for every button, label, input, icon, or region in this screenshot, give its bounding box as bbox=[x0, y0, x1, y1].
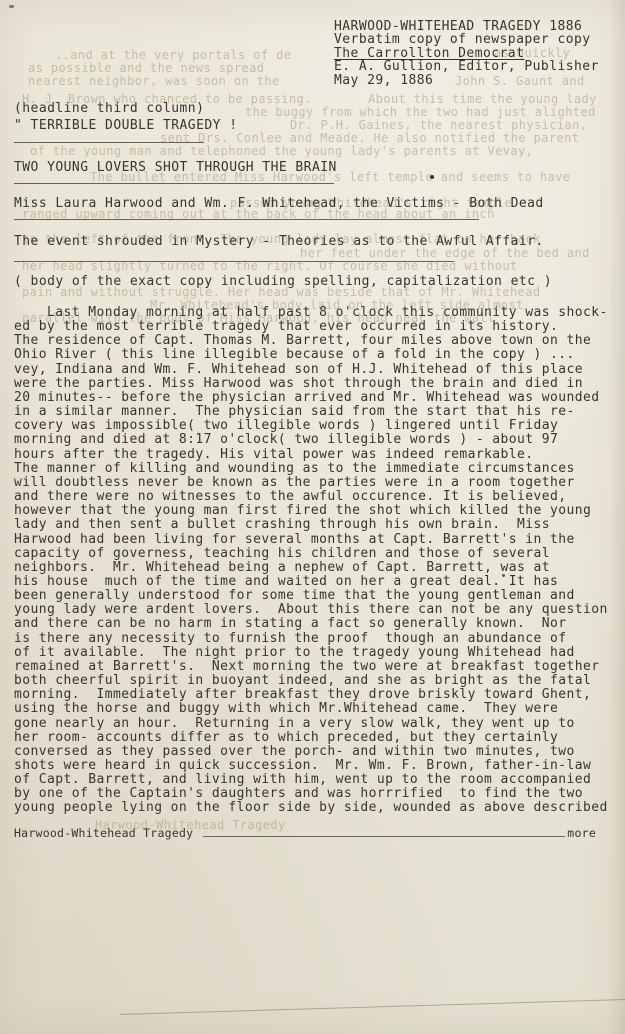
footer-rule bbox=[203, 836, 565, 837]
headline-note: (headline third column) bbox=[14, 101, 204, 116]
underline-rule bbox=[14, 183, 334, 184]
underline-rule bbox=[14, 142, 204, 143]
underline-rule bbox=[14, 261, 454, 262]
header-subtitle: Verbatim copy of newspaper copy bbox=[334, 33, 599, 46]
body-note: ( body of the exact copy including spell… bbox=[14, 274, 552, 289]
date-line: May 29, 1886 bbox=[334, 74, 599, 87]
headline: " TERRIBLE DOUBLE TRAGEDY ! bbox=[14, 118, 237, 133]
ink-dot bbox=[502, 574, 505, 577]
footer-more: more bbox=[567, 826, 596, 840]
footer-label: Harwood-Whitehead Tragedy bbox=[14, 826, 193, 840]
ink-speck bbox=[9, 5, 14, 8]
ink-dot bbox=[430, 175, 434, 179]
subhead-1: TWO YOUNG LOVERS SHOT THROUGH THE BRAIN bbox=[14, 160, 337, 175]
paper-edge-shade bbox=[609, 0, 625, 1034]
editor-line: E. A. Gullion, Editor, Publisher bbox=[334, 60, 599, 73]
article-body: Last Monday morning at half past 8 o'clo… bbox=[14, 306, 620, 816]
subhead-3: The event shrouded in Mystery - Theories… bbox=[14, 234, 544, 249]
subhead-2: Miss Laura Harwood and Wm. F. Whitehead,… bbox=[14, 196, 544, 211]
paper-crease bbox=[120, 999, 625, 1015]
typewritten-page: ..and at the very portals of de as quick… bbox=[0, 0, 625, 1034]
newspaper-name: The Carrollton Democrat bbox=[334, 47, 599, 60]
underline-rule bbox=[14, 219, 479, 220]
document-header: HARWOOD-WHITEHEAD TRAGEDY 1886 Verbatim … bbox=[334, 20, 599, 87]
header-title: HARWOOD-WHITEHEAD TRAGEDY 1886 bbox=[334, 20, 599, 33]
page-footer: Harwood-Whitehead Tragedy more bbox=[14, 826, 596, 840]
